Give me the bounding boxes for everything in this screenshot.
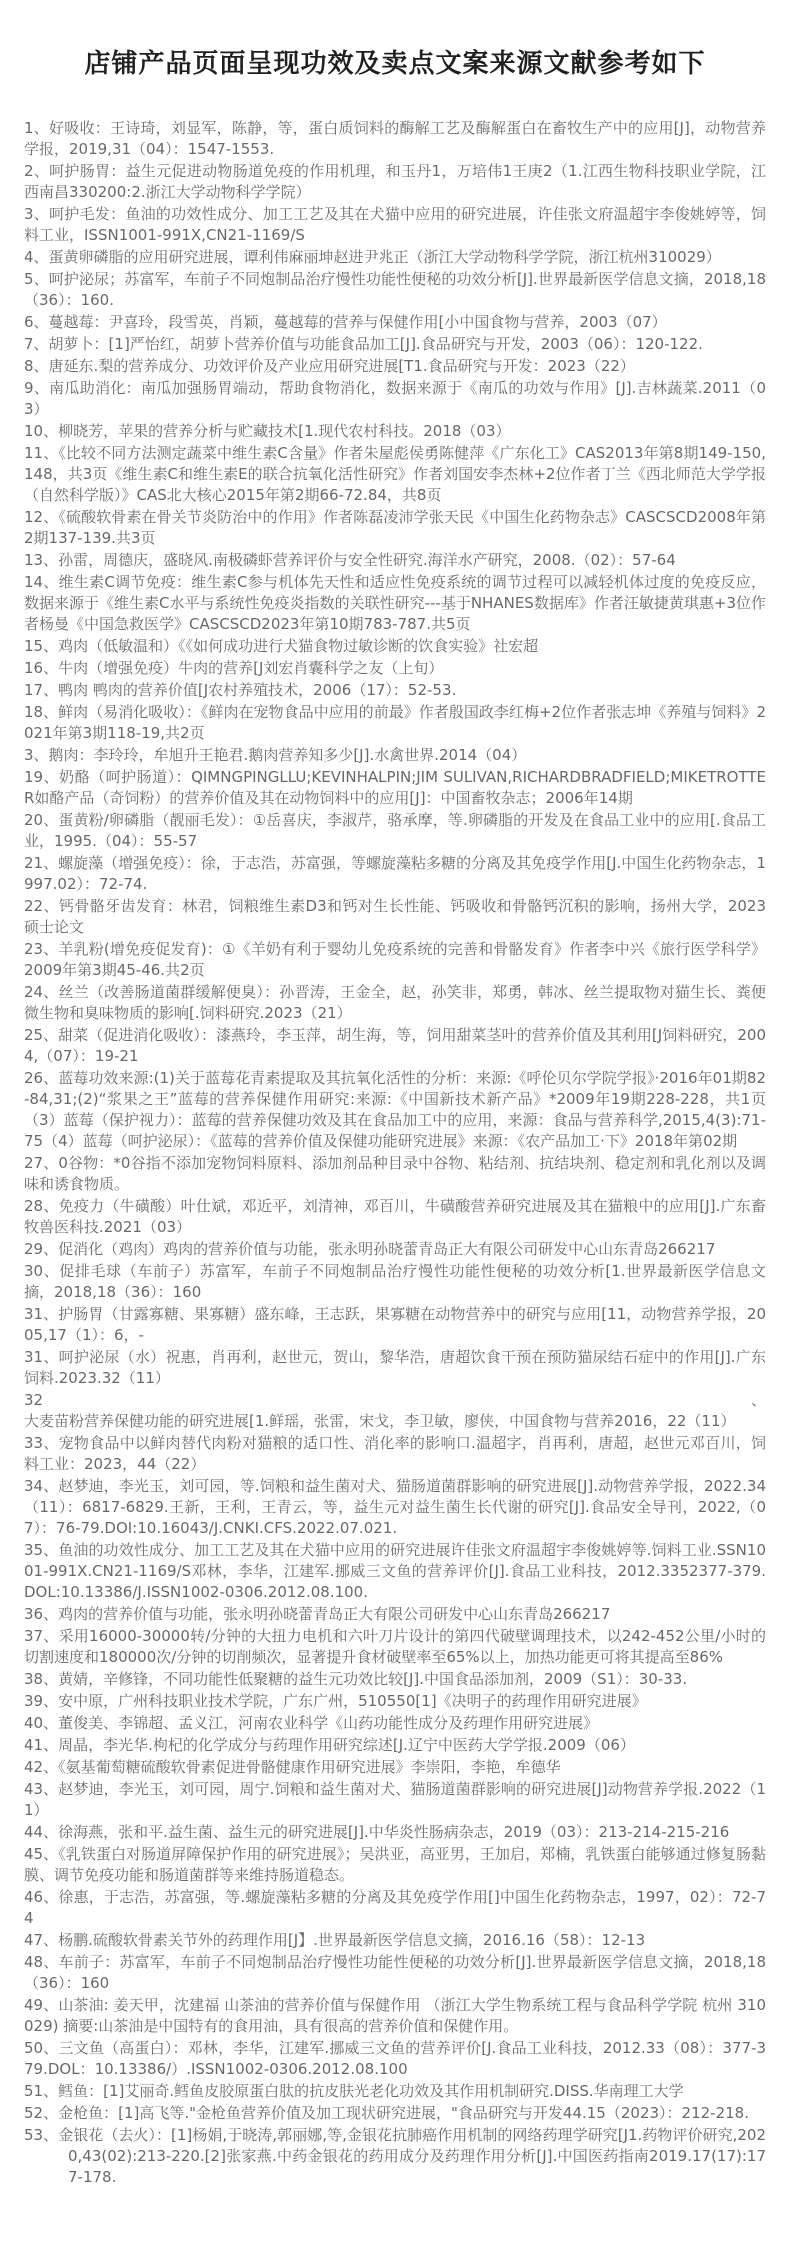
reference-item: 3、鹅肉：李玲玲，牟旭升王艳君.鹅肉营养知多少[J].水禽世界.2014（04） (24, 745, 766, 766)
reference-item: 26、蓝莓功效来源:(1)关于蓝莓花青素提取及其抗氧化活性的分析：来源:《呼伦贝… (24, 1068, 766, 1152)
reference-text: 金银花（去火）：[1]杨娟,于晓涛,郭丽娜,等,金银花抗肺癌作用机制的网络药理学… (58, 2126, 766, 2186)
reference-item: 41、周晶，李光华.枸杞的化学成分与药理作用研究综述[J.辽宁中医药大学学报.2… (24, 1735, 766, 1756)
reference-number: 4、 (24, 248, 49, 266)
reference-number: 45、 (24, 1845, 58, 1863)
reference-item: 31、护肠胃（甘露寡糖、果寡糖）盛东峰，王志跃，果寡糖在动物营养中的研究与应用[… (24, 1304, 766, 1346)
reference-item: 22、钙骨骼牙齿发育：林君，饲粮维生素D3和钙对生长性能、钙吸收和骨骼钙沉积的影… (24, 896, 766, 938)
reference-number: 51、 (24, 2082, 58, 2100)
reference-item: 44、徐海燕，张和平.益生菌、益生元的研究进展[J].中华炎性肠病杂志，2019… (24, 1822, 766, 1843)
reference-text: 柳晓芳，苹果的营养分析与贮藏技术[1.现代农村科技。2018（03） (58, 422, 510, 440)
reference-text: 徐惠，于志浩，苏富强，等.螺旋藻粘多糖的分离及其免疫学作用[]中国生化药物杂志，… (24, 1888, 766, 1927)
reference-text: 羊乳粉(增免疫促发育)：①《羊奶有利于婴幼儿免疫系统的完善和骨骼发育》作者李中兴… (24, 940, 766, 979)
reference-item: 37、采用16000-30000转/分钟的大扭力电机和六叶刀片设计的第四代破壁调… (24, 1626, 766, 1668)
reference-number: 9、 (24, 379, 49, 397)
reference-number: 43、 (24, 1780, 58, 1798)
reference-text: 好吸收：王诗琦，刘显军，陈静，等，蛋白质饲料的酶解工艺及酶解蛋白在畜牧生产中的应… (24, 119, 766, 158)
reference-item: 27、0谷物：*0谷指不添加宠物饲料原料、添加剂品种目录中谷物、粘结剂、抗结块剂… (24, 1153, 766, 1195)
reference-text: 鸡肉的营养价值与功能，张永明孙晓蕾青岛正大有限公司研发中心山东青岛266217 (58, 1605, 610, 1623)
reference-text: 三文鱼（高蛋白）：邓林，李华，江建军.挪威三文鱼的营养评价[J.食品工业科技，2… (24, 2039, 766, 2078)
reference-number: 19、 (24, 768, 59, 786)
reference-text: 黄婧，辛修锋，不同功能性低聚糖的益生元功效比较[J].中国食品添加剂，2009（… (58, 1670, 687, 1688)
reference-text: 董俊美、李锦超、孟义江，河南农业科学《山药功能性成分及药理作用研究进展》 (58, 1714, 598, 1732)
reference-text: 蛋黄粉/卵磷脂（靓丽毛发）：①岳喜庆，李淑芹，骆承摩，等.卵磷脂的开发及在食品工… (24, 811, 766, 850)
reference-number: 30、 (24, 1262, 59, 1280)
reference-text: 鹅肉：李玲玲，牟旭升王艳君.鹅肉营养知多少[J].水禽世界.2014（04） (49, 746, 527, 764)
reference-item: 33、宠物食品中以鲜肉替代肉粉对猫粮的适口性、消化率的影响口.温超字，肖再利，唐… (24, 1433, 766, 1475)
reference-text: 赵梦迪，李光玉，刘可园，等.饲粮和益生菌对犬、猫肠道菌群影响的研究进展[J].动… (24, 1477, 766, 1537)
reference-number: 52、 (24, 2104, 58, 2122)
reference-text: 宠物食品中以鲜肉替代肉粉对猫粮的适口性、消化率的影响口.温超字，肖再利，唐超，赵… (24, 1434, 766, 1473)
reference-number: 22、 (24, 897, 59, 915)
reference-item: 32、大麦苗粉营养保健功能的研究进展[1.鲜瑶，张雷，宋戈，李卫敏，廖侠，中国食… (24, 1390, 766, 1432)
reference-number: 29、 (24, 1240, 58, 1258)
reference-text: 鸡肉（低敏温和）《《如何成功进行犬猫食物过敏诊断的饮食实验》社宏超 (58, 637, 538, 655)
reference-text: 维生素C调节免疫：维生素C参与机体先天性和适应性免疫系统的调节过程可以减轻机体过… (24, 573, 766, 633)
reference-number: 27、 (24, 1154, 58, 1172)
reference-item: 36、鸡肉的营养价值与功能，张永明孙晓蕾青岛正大有限公司研发中心山东青岛2662… (24, 1604, 766, 1625)
reference-text: 胡萝卜：[1]严怡红，胡萝卜营养价值与功能食品加工[J].食品研究与开发，200… (49, 335, 703, 353)
reference-number: 38、 (24, 1670, 58, 1688)
reference-text: 鸭肉 鸭肉的营养价值[J农村养殖技术，2006（17）：52-53. (58, 681, 456, 699)
reference-item: 8、唐延东.梨的营养成分、功效评价及产业应用研究进展[T1.食品研究与开发：20… (24, 356, 766, 377)
reference-item: 47、杨鹏.硫酸软骨素关节外的药理作用[J】.世界最新医学信息文摘，2016.1… (24, 1930, 766, 1951)
reference-item: 28、免疫力（牛磺酸）叶仕斌，邓近平，刘清神，邓百川，牛磺酸营养研究进展及其在猫… (24, 1196, 766, 1238)
reference-item: 7、胡萝卜：[1]严怡红，胡萝卜营养价值与功能食品加工[J].食品研究与开发，2… (24, 334, 766, 355)
reference-number: 8、 (24, 357, 49, 375)
reference-item: 31、呵护泌尿（水）祝惠，肖再利，赵世元，贺山，黎华浩，唐超饮食干预在预防猫尿结… (24, 1347, 766, 1389)
reference-text: 周晶，李光华.枸杞的化学成分与药理作用研究综述[J.辽宁中医药大学学报.2009… (58, 1736, 635, 1754)
reference-text: 蔓越莓：尹喜玲，段雪英，肖颖，蔓越莓的营养与保健作用[小中国食物与营养，2003… (49, 313, 667, 331)
reference-number: 36、 (24, 1605, 58, 1623)
reference-text: 山茶油: 姜天甲，沈建福 山茶油的营养价值与保健作用 （浙江大学生物系统工程与食… (24, 1996, 766, 2035)
reference-item: 11、《比较不同方法测定蔬菜中维生素C含量》作者朱屋彪侯勇陈健萍《广东化工》CA… (24, 443, 766, 506)
reference-item: 2、呵护肠胃：益生元促进动物肠道免疫的作用机理，和玉丹1，万培伟1王庚2（1.江… (24, 161, 766, 203)
reference-number: 44、 (24, 1823, 58, 1841)
reference-text: 丝兰（改善肠道菌群缓解便臭）：孙晋涛，王金全，赵，孙笑非，郑勇，韩冰、丝兰提取物… (24, 983, 766, 1022)
reference-item: 38、黄婧，辛修锋，不同功能性低聚糖的益生元功效比较[J].中国食品添加剂，20… (24, 1669, 766, 1690)
reference-item: 6、蔓越莓：尹喜玲，段雪英，肖颖，蔓越莓的营养与保健作用[小中国食物与营养，20… (24, 312, 766, 333)
reference-text: 促消化（鸡肉）鸡肉的营养价值与功能，张永明孙晓蕾青岛正大有限公司研发中心山东青岛… (58, 1240, 715, 1258)
reference-number: 50、 (24, 2039, 58, 2057)
reference-text: 螺旋藻（增强免疫）：徐，于志浩，苏富强，等螺旋藻粘多糖的分离及其免疫学作用[J.… (24, 854, 766, 893)
reference-number: 24、 (24, 983, 59, 1001)
reference-item: 42、《氨基葡萄糖硫酸软骨素促进骨骼健康作用研究进展》李崇阳，李艳，牟德华 (24, 1757, 766, 1778)
reference-text: 免疫力（牛磺酸）叶仕斌，邓近平，刘清神，邓百川，牛磺酸营养研究进展及其在猫粮中的… (24, 1197, 766, 1236)
reference-item: 50、三文鱼（高蛋白）：邓林，李华，江建军.挪威三文鱼的营养评价[J.食品工业科… (24, 2038, 766, 2080)
reference-number: 2、 (24, 162, 49, 180)
reference-item: 13、孙雷，周德庆，盛晓风.南极磷虾营养评价与安全性研究.海洋水产研究，2008… (24, 550, 766, 571)
reference-item: 16、牛肉（增强免疫）牛肉的营养[J刘宏肖囊科学之友（上旬） (24, 658, 766, 679)
reference-number: 20、 (24, 811, 58, 829)
reference-number: 15、 (24, 637, 58, 655)
reference-text: 牛肉（增强免疫）牛肉的营养[J刘宏肖囊科学之友（上旬） (58, 659, 443, 677)
reference-text: 安中原，广州科技职业技术学院，广东广州，510550[1]《决明子的药理作用研究… (58, 1692, 647, 1710)
reference-text: 赵梦迪，李光玉，刘可园，周宁.饲粮和益生菌对犬、猫肠道菌群影响的研究进展[J]动… (24, 1780, 766, 1819)
reference-text: 金枪鱼：[1]高飞等."金枪鱼营养价值及加工现状研究进展，"食品研究与开发44.… (58, 2104, 749, 2122)
reference-number: 5、 (24, 270, 49, 288)
reference-number: 14、 (24, 573, 59, 591)
reference-text: 钙骨骼牙齿发育：林君，饲粮维生素D3和钙对生长性能、钙吸收和骨骼钙沉积的影响，扬… (24, 897, 766, 936)
reference-item: 52、金枪鱼：[1]高飞等."金枪鱼营养价值及加工现状研究进展，"食品研究与开发… (24, 2103, 766, 2124)
reference-number: 10、 (24, 422, 58, 440)
reference-item: 53、金银花（去火）：[1]杨娟,于晓涛,郭丽娜,等,金银花抗肺癌作用机制的网络… (24, 2125, 766, 2188)
reference-item: 49、山茶油: 姜天甲，沈建福 山茶油的营养价值与保健作用 （浙江大学生物系统工… (24, 1995, 766, 2037)
reference-item: 25、甜菜（促进消化吸收）：漆燕玲，李玉萍，胡生海，等，饲用甜菜茎叶的营养价值及… (24, 1025, 766, 1067)
reference-number: 48、 (24, 1953, 59, 1971)
reference-number: 6、 (24, 313, 49, 331)
reference-item: 3、呵护毛发：鱼油的功效性成分、加工工艺及其在犬猫中应用的研究进展，许佳张文府温… (24, 204, 766, 246)
document-page: 店铺产品页面呈现功效及卖点文案来源文献参考如下 1、好吸收：王诗琦，刘显军，陈静… (0, 0, 790, 2249)
reference-number: 35、 (24, 1541, 58, 1559)
reference-number: 26、 (24, 1069, 58, 1087)
reference-text: 南瓜助消化：南瓜加强肠胃端动，帮助食物消化，数据来源于《南瓜的功效与作用》[J]… (24, 379, 766, 418)
reference-item: 18、鲜肉（易消化吸收）：《鲜肉在宠物食品中应用的前最》作者殷国政李红梅+2位作… (24, 702, 766, 744)
reference-number: 28、 (24, 1197, 59, 1215)
reference-item: 15、鸡肉（低敏温和）《《如何成功进行犬猫食物过敏诊断的饮食实验》社宏超 (24, 636, 766, 657)
reference-number: 17、 (24, 681, 58, 699)
reference-text: 鲜肉（易消化吸收）：《鲜肉在宠物食品中应用的前最》作者殷国政李红梅+2位作者张志… (24, 703, 766, 742)
reference-text: 鳕鱼：[1]艾丽奇.鳕鱼皮胶原蛋白肽的抗皮肤光老化功效及其作用机制研究.DISS… (58, 2082, 684, 2100)
reference-text: 徐海燕，张和平.益生菌、益生元的研究进展[J].中华炎性肠病杂志，2019（03… (58, 1823, 729, 1841)
reference-item: 17、鸭肉 鸭肉的营养价值[J农村养殖技术，2006（17）：52-53. (24, 680, 766, 701)
reference-text: 甜菜（促进消化吸收）：漆燕玲，李玉萍，胡生海，等，饲用甜菜茎叶的营养价值及其利用… (24, 1026, 766, 1065)
reference-item: 46、徐惠，于志浩，苏富强，等.螺旋藻粘多糖的分离及其免疫学作用[]中国生化药物… (24, 1887, 766, 1929)
reference-item: 40、董俊美、李锦超、孟义江，河南农业科学《山药功能性成分及药理作用研究进展》 (24, 1713, 766, 1734)
reference-number: 41、 (24, 1736, 58, 1754)
reference-text: 采用16000-30000转/分钟的大扭力电机和六叶刀片设计的第四代破壁调理技术… (24, 1627, 766, 1666)
reference-number: 3、 (24, 746, 49, 764)
reference-item: 30、促排毛球（车前子）苏富军，车前子不同炮制品治疗慢性功能性便秘的功效分析[1… (24, 1261, 766, 1303)
reference-number: 37、 (24, 1627, 59, 1645)
reference-item: 12、《硫酸软骨素在骨关节炎防治中的作用》作者陈磊凌沛学张天民《中国生化药物杂志… (24, 507, 766, 549)
reference-number: 47、 (24, 1931, 58, 1949)
reference-number: 25、 (24, 1026, 58, 1044)
reference-item: 34、赵梦迪，李光玉，刘可园，等.饲粮和益生菌对犬、猫肠道菌群影响的研究进展[J… (24, 1476, 766, 1539)
reference-text: 呵护肠胃：益生元促进动物肠道免疫的作用机理，和玉丹1，万培伟1王庚2（1.江西生… (24, 162, 766, 201)
reference-text: 大麦苗粉营养保健功能的研究进展[1.鲜瑶，张雷，宋戈，李卫敏，廖侠，中国食物与营… (24, 1412, 736, 1430)
reference-item: 9、南瓜助消化：南瓜加强肠胃端动，帮助食物消化，数据来源于《南瓜的功效与作用》[… (24, 378, 766, 420)
reference-text: 蛋黄卵磷脂的应用研究进展，谭利伟麻丽坤赵进尹兆正（浙江大学动物科学学院，浙江杭州… (49, 248, 721, 266)
reference-item: 48、车前子：苏富军，车前子不同炮制品治疗慢性功能性便秘的功效分析[J].世界最… (24, 1952, 766, 1994)
reference-item: 45、《乳铁蛋白对肠道屏障保护作用的研究进展》；吴洪亚，高亚男，王加启，郑楠，乳… (24, 1844, 766, 1886)
reference-item: 4、蛋黄卵磷脂的应用研究进展，谭利伟麻丽坤赵进尹兆正（浙江大学动物科学学院，浙江… (24, 247, 766, 268)
reference-item: 5、呵护泌尿；苏富军，车前子不同炮制品治疗慢性功能性便秘的功效分析[J].世界最… (24, 269, 766, 311)
reference-number: 42、 (24, 1758, 58, 1776)
reference-number: 49、 (24, 1996, 58, 2014)
reference-number: 16、 (24, 659, 58, 677)
reference-item: 51、鳕鱼：[1]艾丽奇.鳕鱼皮胶原蛋白肽的抗皮肤光老化功效及其作用机制研究.D… (24, 2081, 766, 2102)
reference-text: 《氨基葡萄糖硫酸软骨素促进骨骼健康作用研究进展》李崇阳，李艳，牟德华 (58, 1758, 561, 1776)
reference-number: 31、 (24, 1348, 59, 1366)
reference-number: 34、 (24, 1477, 58, 1495)
reference-item: 20、蛋黄粉/卵磷脂（靓丽毛发）：①岳喜庆，李淑芹，骆承摩，等.卵磷脂的开发及在… (24, 810, 766, 852)
reference-text: 促排毛球（车前子）苏富军，车前子不同炮制品治疗慢性功能性便秘的功效分析[1.世界… (24, 1262, 766, 1301)
reference-item: 19、奶酪（呵护肠道）：QIMNGPINGLLU;KEVINHALPIN;JIM… (24, 767, 766, 809)
reference-number: 46、 (24, 1888, 58, 1906)
reference-item: 1、好吸收：王诗琦，刘显军，陈静，等，蛋白质饲料的酶解工艺及酶解蛋白在畜牧生产中… (24, 118, 766, 160)
reference-text: 《乳铁蛋白对肠道屏障保护作用的研究进展》；吴洪亚，高亚男，王加启，郑楠，乳铁蛋白… (24, 1845, 766, 1884)
reference-text: 唐延东.梨的营养成分、功效评价及产业应用研究进展[T1.食品研究与开发：2023… (49, 357, 635, 375)
reference-text: 蓝莓功效来源:(1)关于蓝莓花青素提取及其抗氧化活性的分析：来源:《呼伦贝尔学院… (24, 1069, 766, 1150)
reference-number: 11、 (24, 444, 58, 462)
reference-text: 呵护泌尿；苏富军，车前子不同炮制品治疗慢性功能性便秘的功效分析[J].世界最新医… (24, 270, 766, 309)
reference-number: 23、 (24, 940, 58, 958)
reference-number: 32、 (24, 1391, 766, 1409)
page-title: 店铺产品页面呈现功效及卖点文案来源文献参考如下 (24, 48, 766, 82)
reference-number: 31、 (24, 1305, 58, 1323)
reference-number: 33、 (24, 1434, 59, 1452)
reference-item: 14、维生素C调节免疫：维生素C参与机体先天性和适应性免疫系统的调节过程可以减轻… (24, 572, 766, 635)
reference-list: 1、好吸收：王诗琦，刘显军，陈静，等，蛋白质饲料的酶解工艺及酶解蛋白在畜牧生产中… (24, 118, 766, 2188)
reference-number: 3、 (24, 205, 49, 223)
reference-text: 鱼油的功效性成分、加工工艺及其在犬猫中应用的研究进展许佳张文府温超宇李俊姚婷等.… (24, 1541, 766, 1601)
reference-text: 杨鹏.硫酸软骨素关节外的药理作用[J】.世界最新医学信息文摘，2016.16（5… (58, 1931, 645, 1949)
reference-item: 21、螺旋藻（增强免疫）：徐，于志浩，苏富强，等螺旋藻粘多糖的分离及其免疫学作用… (24, 853, 766, 895)
reference-text: 《比较不同方法测定蔬菜中维生素C含量》作者朱屋彪侯勇陈健萍《广东化工》CAS20… (24, 444, 766, 504)
reference-number: 7、 (24, 335, 49, 353)
reference-number: 21、 (24, 854, 58, 872)
reference-item: 43、赵梦迪，李光玉，刘可园，周宁.饲粮和益生菌对犬、猫肠道菌群影响的研究进展[… (24, 1779, 766, 1821)
reference-text: 《硫酸软骨素在骨关节炎防治中的作用》作者陈磊凌沛学张天民《中国生化药物杂志》CA… (24, 508, 766, 547)
reference-number: 13、 (24, 551, 58, 569)
reference-item: 24、丝兰（改善肠道菌群缓解便臭）：孙晋涛，王金全，赵，孙笑非，郑勇，韩冰、丝兰… (24, 982, 766, 1024)
reference-text: 奶酪（呵护肠道）：QIMNGPINGLLU;KEVINHALPIN;JIM SU… (24, 768, 766, 807)
reference-text: 护肠胃（甘露寡糖、果寡糖）盛东峰，王志跃，果寡糖在动物营养中的研究与应用[11，… (24, 1305, 766, 1344)
reference-text: 孙雷，周德庆，盛晓风.南极磷虾营养评价与安全性研究.海洋水产研究，2008.（0… (58, 551, 676, 569)
reference-item: 29、促消化（鸡肉）鸡肉的营养价值与功能，张永明孙晓蕾青岛正大有限公司研发中心山… (24, 1239, 766, 1260)
reference-number: 53、 (24, 2126, 58, 2144)
reference-item: 35、鱼油的功效性成分、加工工艺及其在犬猫中应用的研究进展许佳张文府温超宇李俊姚… (24, 1540, 766, 1603)
reference-item: 39、安中原，广州科技职业技术学院，广东广州，510550[1]《决明子的药理作… (24, 1691, 766, 1712)
reference-text: 呵护毛发：鱼油的功效性成分、加工工艺及其在犬猫中应用的研究进展，许佳张文府温超宇… (24, 205, 766, 244)
reference-number: 39、 (24, 1692, 58, 1710)
reference-number: 12、 (24, 508, 58, 526)
reference-text: 0谷物：*0谷指不添加宠物饲料原料、添加剂品种目录中谷物、粘结剂、抗结块剂、稳定… (24, 1154, 766, 1193)
reference-number: 18、 (24, 703, 58, 721)
reference-text: 车前子：苏富军，车前子不同炮制品治疗慢性功能性便秘的功效分析[J].世界最新医学… (24, 1953, 766, 1992)
reference-number: 1、 (24, 119, 49, 137)
reference-text: 呵护泌尿（水）祝惠，肖再利，赵世元，贺山，黎华浩，唐超饮食干预在预防猫尿结石症中… (24, 1348, 766, 1387)
reference-number: 40、 (24, 1714, 58, 1732)
reference-item: 23、羊乳粉(增免疫促发育)：①《羊奶有利于婴幼儿免疫系统的完善和骨骼发育》作者… (24, 939, 766, 981)
reference-item: 10、柳晓芳，苹果的营养分析与贮藏技术[1.现代农村科技。2018（03） (24, 421, 766, 442)
